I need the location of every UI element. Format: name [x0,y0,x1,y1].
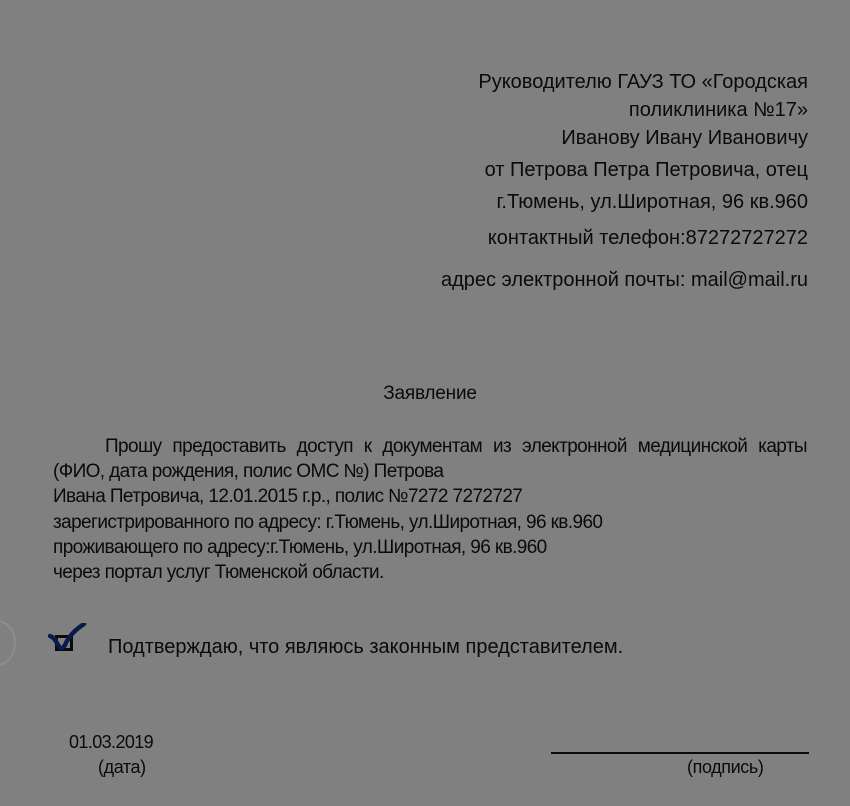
legal-representative-confirmation[interactable]: Подтверждаю, что являюсь законным предст… [48,622,623,659]
body-line-4: через портал услуг Тюменской области. [53,560,807,585]
body-line-3: проживающего по адресу:г.Тюмень, ул.Широ… [53,535,807,560]
side-circle-decoration [0,620,16,666]
body-line-1: Ивана Петровича, 12.01.2015 г.р., полис … [53,484,807,509]
signature-caption: (подпись) [687,757,763,778]
addressee-block: Руководителю ГАУЗ ТО «Городская поликлин… [368,68,808,216]
sender-address: г.Тюмень, ул.Широтная, 96 кв.960 [368,188,808,216]
checkmark-icon [48,623,90,659]
contact-phone: контактный телефон:87272727272 [441,224,808,252]
document-body: Прошу предоставить доступ к документам и… [53,434,807,585]
addressee-line-2: поликлиника №17» [368,96,808,124]
confirmation-label: Подтверждаю, что являюсь законным предст… [108,636,623,659]
addressee-line-1: Руководителю ГАУЗ ТО «Городская [368,68,808,96]
date-value: 01.03.2019 [69,732,153,753]
request-paragraph: Прошу предоставить доступ к документам и… [53,434,807,484]
contacts-block: контактный телефон:87272727272 адрес эле… [441,224,808,294]
body-line-2: зарегистрированного по адресу: г.Тюмень,… [53,510,807,535]
addressee-line-3: Иванову Ивану Ивановичу [368,124,808,152]
document-title: Заявление [0,383,850,405]
signature-line [551,752,809,754]
contact-email: адрес электронной почты: mail@mail.ru [441,266,808,294]
confirmation-checkbox[interactable] [48,623,88,659]
sender-line: от Петрова Петра Петровича, отец [368,156,808,184]
date-caption: (дата) [98,757,146,778]
